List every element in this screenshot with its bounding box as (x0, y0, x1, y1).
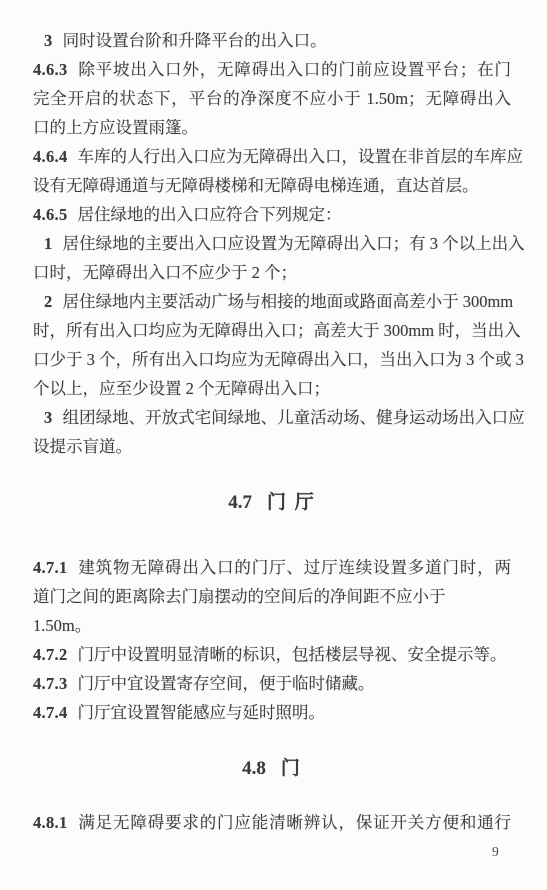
line-text: 满足无障碍要求的门应能清晰辨认，保证开关方便和通行 (78, 813, 512, 832)
line-text: 设有无障碍通道与无障碍楼梯和无障碍电梯连通，直达首层。 (33, 176, 479, 195)
document-page: 3同时设置台阶和升降平台的出入口。 4.6.3除平坡出入口外，无障碍出入口的门前… (0, 0, 547, 890)
clause-line: 个以上，应至少设置 2 个无障碍出入口； (33, 374, 511, 403)
clause-number: 4.6.4 (33, 147, 68, 166)
clause-line: 3组团绿地、开放式宅间绿地、儿童活动场、健身运动场出入口应 (33, 403, 511, 432)
line-text: 口的上方应设置雨篷。 (33, 118, 198, 137)
clause-number: 4.7.2 (33, 645, 68, 664)
clause-number: 4.7.4 (33, 703, 68, 722)
line-text: 门厅中设置明显清晰的标识，包括楼层导视、安全提示等。 (78, 645, 507, 664)
clause-number: 4.8.1 (33, 813, 68, 832)
clause-line: 完全开启的状态下，平台的净深度不应小于 1.50m；无障碍出入 (33, 84, 511, 113)
line-text: 除平坡出入口外，无障碍出入口的门前应设置平台；在门 (78, 60, 512, 79)
section-4-8: 4.8.1满足无障碍要求的门应能清晰辨认，保证开关方便和通行 (33, 808, 511, 837)
list-item-number: 3 (44, 408, 53, 427)
clause-number: 4.7.3 (33, 674, 68, 693)
clause-number: 4.6.3 (33, 60, 68, 79)
line-text: 居住绿地的主要出入口应设置为无障碍出入口；有 3 个以上出入 (63, 234, 525, 253)
line-text: 同时设置台阶和升降平台的出入口。 (63, 31, 327, 50)
text-column: 3同时设置台阶和升降平台的出入口。 4.6.3除平坡出入口外，无障碍出入口的门前… (33, 26, 511, 837)
line-text: 居住绿地内主要活动广场与相接的地面或路面高差小于 300mm (63, 292, 514, 311)
page-number: 9 (492, 844, 499, 860)
list-item-number: 3 (44, 31, 53, 50)
line-text: 时，所有出入口均应为无障碍出入口；高差大于 300mm 时，当出入 (33, 321, 521, 340)
line-text: 完全开启的状态下，平台的净深度不应小于 1.50m；无障碍出入 (33, 89, 511, 108)
clause-line: 2居住绿地内主要活动广场与相接的地面或路面高差小于 300mm (33, 287, 511, 316)
clause-line: 口时，无障碍出入口不应少于 2 个； (33, 258, 511, 287)
heading-title: 门 (281, 758, 302, 779)
clause-line: 时，所有出入口均应为无障碍出入口；高差大于 300mm 时，当出入 (33, 316, 511, 345)
clause-line: 4.6.3除平坡出入口外，无障碍出入口的门前应设置平台；在门 (33, 55, 511, 84)
heading-number: 4.7 (228, 492, 252, 513)
line-text: 1.50m。 (33, 616, 91, 635)
list-item-number: 1 (44, 234, 53, 253)
clause-line: 4.6.4车库的人行出入口应为无障碍出入口，设置在非首层的车库应 (33, 142, 511, 171)
section-4-7: 4.7.1建筑物无障碍出入口的门厅、过厅连续设置多道门时，两 道门之间的距离除去… (33, 553, 511, 727)
heading-title: 门 厅 (267, 492, 316, 513)
line-text: 建筑物无障碍出入口的门厅、过厅连续设置多道门时，两 (78, 558, 512, 577)
line-text: 车库的人行出入口应为无障碍出入口，设置在非首层的车库应 (78, 147, 524, 166)
clause-line: 3同时设置台阶和升降平台的出入口。 (33, 26, 511, 55)
line-text: 门厅宜设置智能感应与延时照明。 (78, 703, 326, 722)
clause-line: 1.50m。 (33, 611, 511, 640)
clause-number: 4.7.1 (33, 558, 68, 577)
clause-number: 4.6.5 (33, 205, 68, 224)
clause-line: 4.7.3门厅中宜设置寄存空间，便于临时储藏。 (33, 669, 511, 698)
line-text: 居住绿地的出入口应符合下列规定： (78, 205, 342, 224)
line-text: 个以上，应至少设置 2 个无障碍出入口； (33, 379, 330, 398)
line-text: 设提示盲道。 (33, 437, 132, 456)
list-item-number: 2 (44, 292, 53, 311)
clause-line: 4.7.1建筑物无障碍出入口的门厅、过厅连续设置多道门时，两 (33, 553, 511, 582)
line-text: 道门之间的距离除去门扇摆动的空间后的净间距不应小于 (33, 587, 446, 606)
clause-line: 4.7.2门厅中设置明显清晰的标识，包括楼层导视、安全提示等。 (33, 640, 511, 669)
line-text: 口时，无障碍出入口不应少于 2 个； (33, 263, 297, 282)
clause-line: 口少于 3 个，所有出入口均应为无障碍出入口，当出入口为 3 个或 3 (33, 345, 511, 374)
heading-number: 4.8 (242, 758, 266, 779)
clause-line: 4.6.5居住绿地的出入口应符合下列规定： (33, 200, 511, 229)
clause-line: 4.8.1满足无障碍要求的门应能清晰辨认，保证开关方便和通行 (33, 808, 511, 837)
line-text: 口少于 3 个，所有出入口均应为无障碍出入口，当出入口为 3 个或 3 (33, 350, 524, 369)
clause-line: 设有无障碍通道与无障碍楼梯和无障碍电梯连通，直达首层。 (33, 171, 511, 200)
clause-line: 口的上方应设置雨篷。 (33, 113, 511, 142)
line-text: 组团绿地、开放式宅间绿地、儿童活动场、健身运动场出入口应 (63, 408, 525, 427)
line-text: 门厅中宜设置寄存空间，便于临时储藏。 (78, 674, 375, 693)
clause-line: 设提示盲道。 (33, 432, 511, 461)
clause-line: 4.7.4门厅宜设置智能感应与延时照明。 (33, 698, 511, 727)
clause-line: 1居住绿地的主要出入口应设置为无障碍出入口；有 3 个以上出入 (33, 229, 511, 258)
section-heading: 4.7门 厅 (33, 491, 511, 515)
section-heading: 4.8门 (33, 757, 511, 781)
clause-line: 道门之间的距离除去门扇摆动的空间后的净间距不应小于 (33, 582, 511, 611)
